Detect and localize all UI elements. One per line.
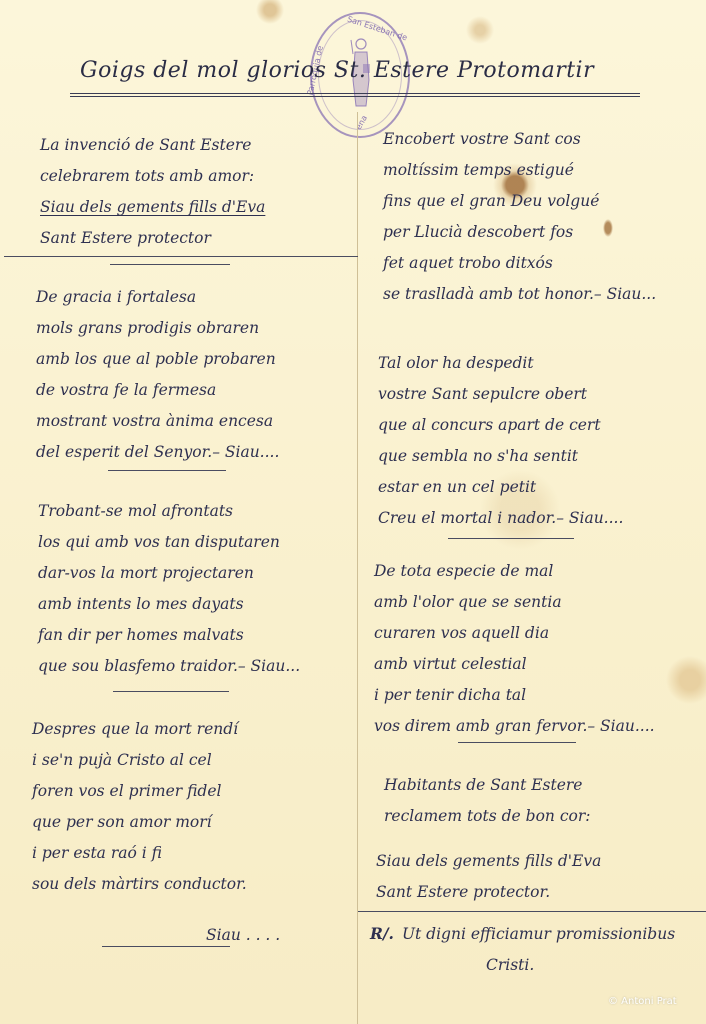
verse-line: de vostra fe la fermesa xyxy=(36,375,279,406)
title-underline-2 xyxy=(70,96,640,97)
verse-line: i per esta raó i fi xyxy=(32,838,247,869)
response-marker: R/. xyxy=(370,924,394,943)
verse-line: i se'n pujà Cristo al cel xyxy=(32,745,247,776)
verse-line: celebrarem tots amb amor: xyxy=(40,161,265,192)
title-underline xyxy=(70,93,640,94)
verse-line: dar-vos la mort projectaren xyxy=(38,558,300,589)
verse-line: moltíssim temps estigué xyxy=(383,155,656,186)
verse-line: vos direm amb gran fervor.– Siau.... xyxy=(374,711,655,742)
document-title: Goigs del mol glorios St. Estere Protoma… xyxy=(80,58,594,83)
verse-line: mostrant vostra ànima encesa xyxy=(36,406,279,437)
verse-line: vostre Sant sepulcre obert xyxy=(378,379,623,410)
verse-line: fins que el gran Deu volgué xyxy=(383,186,656,217)
verse-line: del esperit del Senyor.– Siau.... xyxy=(36,437,279,468)
verse-line: La invenció de Sant Estere xyxy=(40,130,265,161)
ornament-rule xyxy=(108,470,226,471)
response-text: Ut digni efficiamur promissionibus xyxy=(402,925,675,943)
response-line: R/.Ut digni efficiamur promissionibus xyxy=(370,918,675,950)
verse-line: estar en un cel petit xyxy=(378,472,623,503)
ornament-rule xyxy=(102,946,230,947)
right-stanza-3: De tota especie de mal amb l'olor que se… xyxy=(374,556,655,742)
verse-line: los qui amb vos tan disputaren xyxy=(38,527,300,558)
verse-line: fet aquet trobo ditxós xyxy=(383,248,656,279)
verse-line: que sou blasfemo traidor.– Siau... xyxy=(38,651,300,682)
verse-line: que per son amor morí xyxy=(32,807,247,838)
verse-line: De tota especie de mal xyxy=(374,556,655,587)
verse-line: amb los que al poble probaren xyxy=(36,344,279,375)
left-stanza-4: Despres que la mort rendí i se'n pujà Cr… xyxy=(32,714,247,900)
verse-line: Tal olor ha despedit xyxy=(378,348,623,379)
verse-line: fan dir per homes malvats xyxy=(38,620,300,651)
ornament-rule xyxy=(110,264,230,265)
verse-line: amb virtut celestial xyxy=(374,649,655,680)
refrain-line: Siau dels gements fills d'Eva xyxy=(40,192,265,223)
right-stanza-1: Encobert vostre Sant cos moltíssim temps… xyxy=(383,124,656,310)
column-divider xyxy=(357,112,358,1024)
right-refrain: Siau dels gements fills d'Eva Sant Ester… xyxy=(376,846,601,908)
verse-line: amb l'olor que se sentia xyxy=(374,587,655,618)
verse-line: mols grans prodigis obraren xyxy=(36,313,279,344)
left-stanza-1: La invenció de Sant Estere celebrarem to… xyxy=(40,130,265,254)
refrain-line: Siau dels gements fills d'Eva xyxy=(376,846,601,877)
ornament-rule xyxy=(458,742,576,743)
verse-line: que sembla no s'ha sentit xyxy=(378,441,623,472)
refrain-line: Sant Estere protector xyxy=(40,223,265,254)
verse-line: Trobant-se mol afrontats xyxy=(38,496,300,527)
response-line: Cristi. xyxy=(370,950,675,981)
manuscript-page: San Esteban de Parroquia de ena Goigs de… xyxy=(0,0,706,1024)
copyright-watermark: © Antoni Prat xyxy=(608,996,677,1007)
section-divider xyxy=(4,256,358,257)
verse-line: per Llucià descobert fos xyxy=(383,217,656,248)
ornament-rule xyxy=(448,538,574,539)
verse-line: se traslladà amb tot honor.– Siau... xyxy=(383,279,656,310)
verse-line: Despres que la mort rendí xyxy=(32,714,247,745)
right-stanza-2: Tal olor ha despedit vostre Sant sepulcr… xyxy=(378,348,623,534)
verse-line: reclamem tots de bon cor: xyxy=(384,801,590,832)
response-block: R/.Ut digni efficiamur promissionibus Cr… xyxy=(370,918,675,981)
refrain-line: Sant Estere protector. xyxy=(376,877,601,908)
verse-line: sou dels màrtirs conductor. xyxy=(32,869,247,900)
verse-line: que al concurs apart de cert xyxy=(378,410,623,441)
left-stanza-3: Trobant-se mol afrontats los qui amb vos… xyxy=(38,496,300,682)
left-stanza-2: De gracia i fortalesa mols grans prodigi… xyxy=(36,282,279,468)
ornament-rule xyxy=(113,691,229,692)
verse-line: curaren vos aquell dia xyxy=(374,618,655,649)
verse-line: i per tenir dicha tal xyxy=(374,680,655,711)
verse-line: foren vos el primer fidel xyxy=(32,776,247,807)
verse-line: amb intents lo mes dayats xyxy=(38,589,300,620)
section-divider xyxy=(358,911,706,912)
verse-line: De gracia i fortalesa xyxy=(36,282,279,313)
verse-line: Creu el mortal i nador.– Siau.... xyxy=(378,503,623,534)
verse-line: Habitants de Sant Estere xyxy=(384,770,590,801)
right-stanza-4: Habitants de Sant Estere reclamem tots d… xyxy=(384,770,590,832)
verse-line: Encobert vostre Sant cos xyxy=(383,124,656,155)
